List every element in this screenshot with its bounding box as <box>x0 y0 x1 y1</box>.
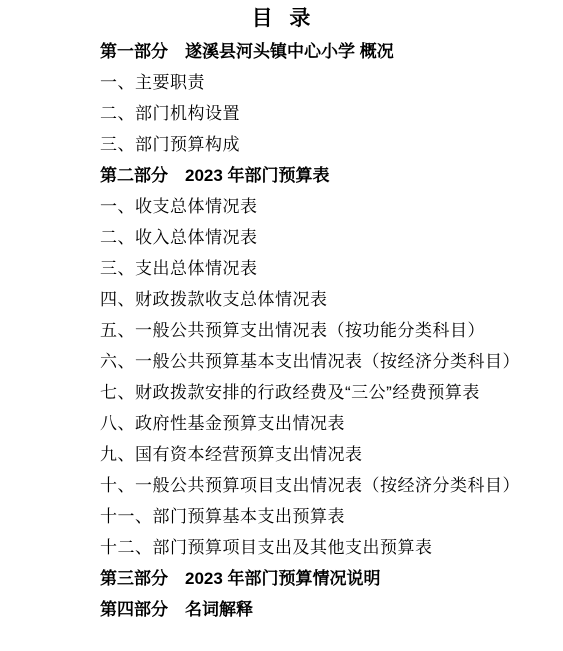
toc-heading-part2: 第二部分 2023 年部门预算表 <box>100 160 543 191</box>
document-page: 目 录 第一部分 遂溪县河头镇中心小学 概况 一、主要职责 二、部门机构设置 三… <box>0 0 563 651</box>
toc-item: 十二、部门预算项目支出及其他支出预算表 <box>100 532 543 563</box>
toc-heading-part3: 第三部分 2023 年部门预算情况说明 <box>100 563 543 594</box>
toc-item: 二、收入总体情况表 <box>100 222 543 253</box>
toc-item: 二、部门机构设置 <box>100 98 543 129</box>
toc-item: 三、支出总体情况表 <box>100 253 543 284</box>
toc-item: 十、一般公共预算项目支出情况表（按经济分类科目） <box>100 470 543 501</box>
toc-title: 目 录 <box>0 0 563 36</box>
toc-item: 一、收支总体情况表 <box>100 191 543 222</box>
toc-item: 四、财政拨款收支总体情况表 <box>100 284 543 315</box>
toc-heading-part4: 第四部分 名词解释 <box>100 594 543 625</box>
toc-item: 九、国有资本经营预算支出情况表 <box>100 439 543 470</box>
toc-item: 七、财政拨款安排的行政经费及“三公”经费预算表 <box>100 377 543 408</box>
toc-item: 三、部门预算构成 <box>100 129 543 160</box>
toc-item: 八、政府性基金预算支出情况表 <box>100 408 543 439</box>
toc-item: 一、主要职责 <box>100 67 543 98</box>
toc-item: 五、一般公共预算支出情况表（按功能分类科目） <box>100 315 543 346</box>
toc-item: 十一、部门预算基本支出预算表 <box>100 501 543 532</box>
toc-entries: 第一部分 遂溪县河头镇中心小学 概况 一、主要职责 二、部门机构设置 三、部门预… <box>100 36 543 625</box>
toc-item: 六、一般公共预算基本支出情况表（按经济分类科目） <box>100 346 543 377</box>
toc-heading-part1: 第一部分 遂溪县河头镇中心小学 概况 <box>100 36 543 67</box>
